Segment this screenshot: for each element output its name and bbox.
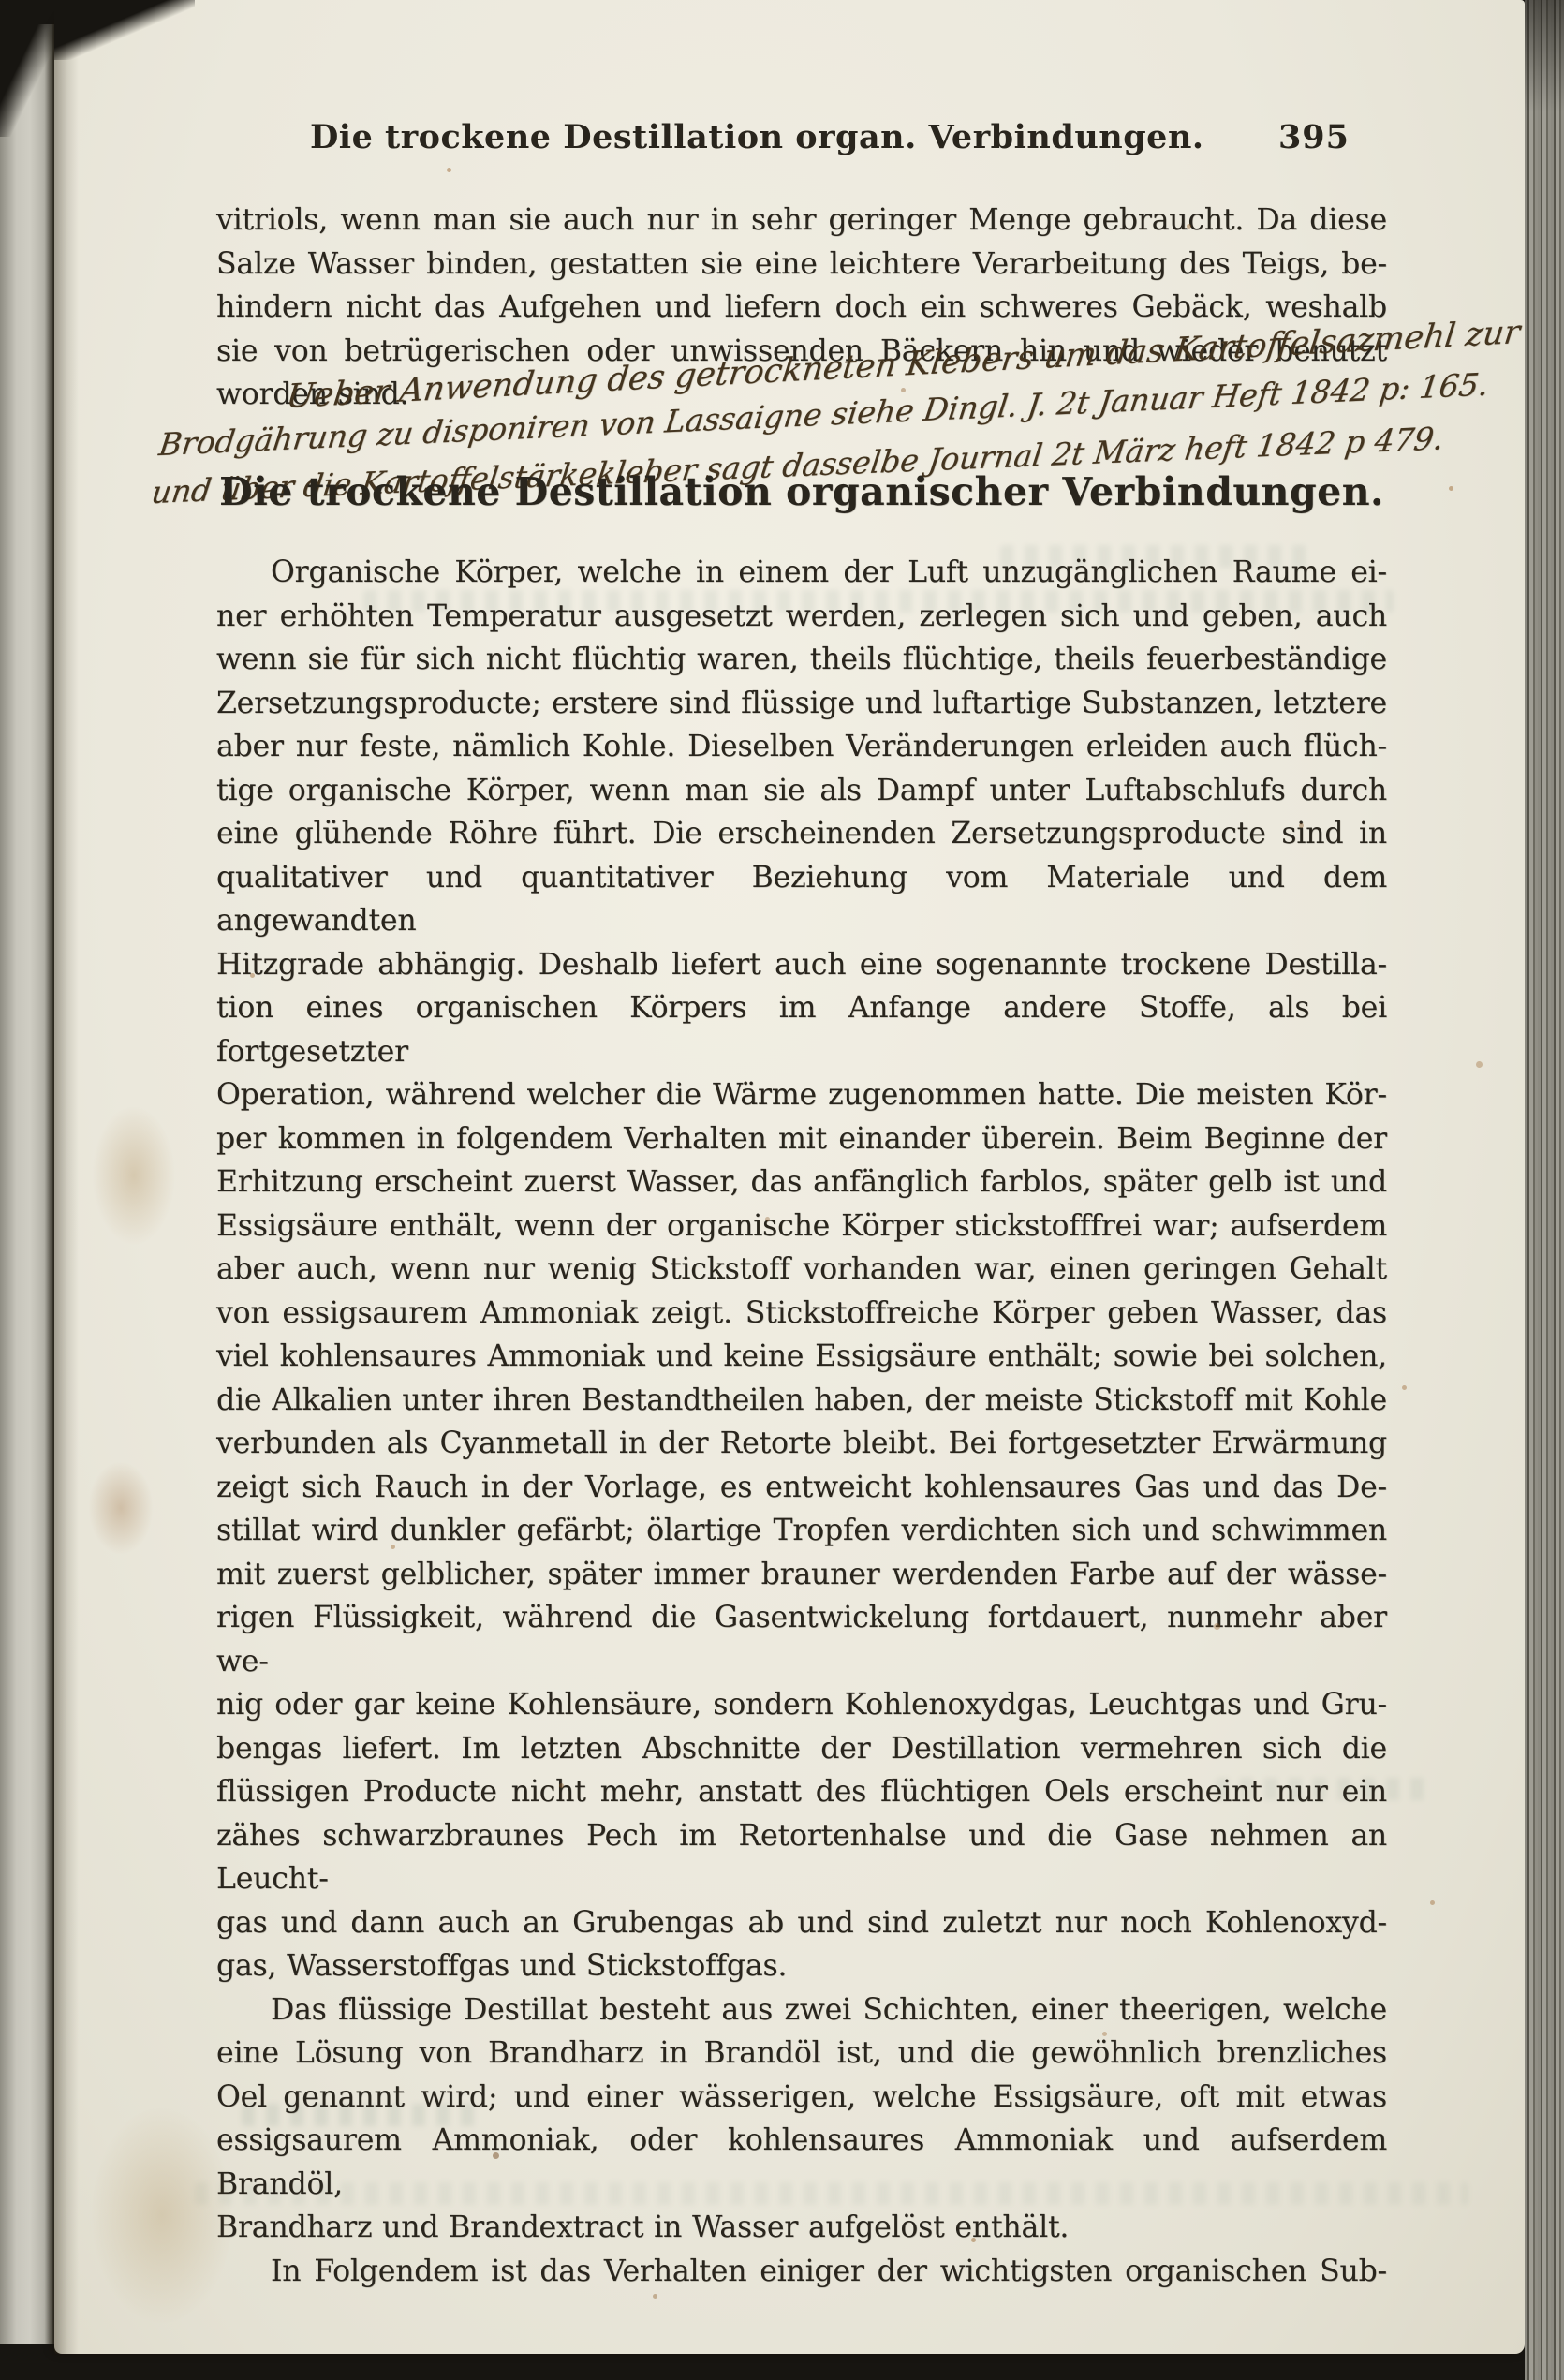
text-line: Salze Wasser binden, gestatten sie eine … bbox=[216, 243, 1387, 287]
text-line: In Folgendem ist das Verhalten einiger d… bbox=[216, 2250, 1387, 2294]
text-line: zeigt sich Rauch in der Vorlage, es entw… bbox=[216, 1466, 1387, 1510]
text-line: Operation, während welcher die Wärme zug… bbox=[216, 1073, 1387, 1117]
text-line: tige organische Körper, wenn man sie als… bbox=[216, 769, 1387, 813]
running-header-title: Die trockene Destillation organ. Verbind… bbox=[310, 118, 1204, 156]
text-line: ner erhöhten Temperatur ausgesetzt werde… bbox=[216, 595, 1387, 639]
text-line: Hitzgrade abhängig. Deshalb liefert auch… bbox=[216, 943, 1387, 987]
text-line: viel kohlensaures Ammoniak und keine Ess… bbox=[216, 1335, 1387, 1379]
text-line: Zersetzungsproducte; erstere sind flüssi… bbox=[216, 682, 1387, 726]
text-line: stillat wird dunkler gefärbt; ölartige T… bbox=[216, 1509, 1387, 1553]
text-line: per kommen in folgendem Verhalten mit ei… bbox=[216, 1117, 1387, 1161]
text-line: von essigsaurem Ammoniak zeigt. Sticksto… bbox=[216, 1292, 1387, 1336]
text-line: Essigsäure enthält, wenn der organische … bbox=[216, 1205, 1387, 1249]
text-line: mit zuerst gelblicher, später immer brau… bbox=[216, 1553, 1387, 1597]
text-line: vitriols, wenn man sie auch nur in sehr … bbox=[216, 199, 1387, 243]
text-line: rigen Flüssigkeit, während die Gasentwic… bbox=[216, 1596, 1387, 1683]
text-line: eine glühende Röhre führt. Die erscheine… bbox=[216, 812, 1387, 856]
previous-page-edge bbox=[0, 24, 54, 2344]
main-text: Organische Körper, welche in einem der L… bbox=[216, 551, 1387, 2293]
text-line: Oel genannt wird; und einer wässerigen, … bbox=[216, 2076, 1387, 2120]
text-line: gas, Wasserstoffgas und Stickstoffgas. bbox=[216, 1944, 1387, 1988]
text-line: Das flüssige Destillat besteht aus zwei … bbox=[216, 1988, 1387, 2033]
paper-speckles bbox=[54, 0, 57, 3]
paper-stain bbox=[92, 1105, 176, 1246]
text-line: qualitativer und quantitativer Beziehung… bbox=[216, 856, 1387, 943]
text-line: verbunden als Cyanmetall in der Retorte … bbox=[216, 1422, 1387, 1466]
page-number: 395 bbox=[1278, 118, 1350, 156]
section-heading: Die trockene Destillation organischer Ve… bbox=[216, 469, 1387, 514]
text-line: bengas liefert. Im letzten Abschnitte de… bbox=[216, 1727, 1387, 1771]
running-header: Die trockene Destillation organ. Verbind… bbox=[216, 118, 1387, 163]
text-line: hindern nicht das Aufgehen und liefern d… bbox=[216, 286, 1387, 330]
text-line: gas und dann auch an Grubengas ab und si… bbox=[216, 1901, 1387, 1945]
text-line: Brandharz und Brandextract in Wasser auf… bbox=[216, 2206, 1387, 2250]
fore-edge-page-stack bbox=[1525, 0, 1564, 2380]
paragraph: In Folgendem ist das Verhalten einiger d… bbox=[216, 2250, 1387, 2294]
gutter-shadow bbox=[54, 0, 79, 2354]
text-line: aber auch, wenn nur wenig Stickstoff vor… bbox=[216, 1248, 1387, 1292]
paragraph: Organische Körper, welche in einem der L… bbox=[216, 551, 1387, 1988]
text-line: eine Lösung von Brandharz in Brandöl ist… bbox=[216, 2032, 1387, 2076]
page: Die trockene Destillation organ. Verbind… bbox=[54, 0, 1525, 2354]
text-line: tion eines organischen Körpers im Anfang… bbox=[216, 986, 1387, 1073]
text-line: essigsaurem Ammoniak, oder kohlensaures … bbox=[216, 2119, 1387, 2206]
book-page-scan: Die trockene Destillation organ. Verbind… bbox=[0, 0, 1564, 2380]
paragraph: Das flüssige Destillat besteht aus zwei … bbox=[216, 1988, 1387, 2250]
text-line: aber nur feste, nämlich Kohle. Dieselben… bbox=[216, 725, 1387, 769]
paper-stain bbox=[92, 2107, 232, 2323]
text-line: Organische Körper, welche in einem der L… bbox=[216, 551, 1387, 595]
text-line: Erhitzung erscheint zuerst Wasser, das a… bbox=[216, 1160, 1387, 1205]
text-line: wenn sie für sich nicht flüchtig waren, … bbox=[216, 638, 1387, 682]
text-line: die Alkalien unter ihren Bestandtheilen … bbox=[216, 1379, 1387, 1423]
text-line: zähes schwarzbraunes Pech im Retortenhal… bbox=[216, 1814, 1387, 1901]
text-line: flüssigen Producte nicht mehr, anstatt d… bbox=[216, 1770, 1387, 1814]
paper-stain bbox=[88, 1461, 154, 1555]
text-line: nig oder gar keine Kohlensäure, sondern … bbox=[216, 1683, 1387, 1727]
